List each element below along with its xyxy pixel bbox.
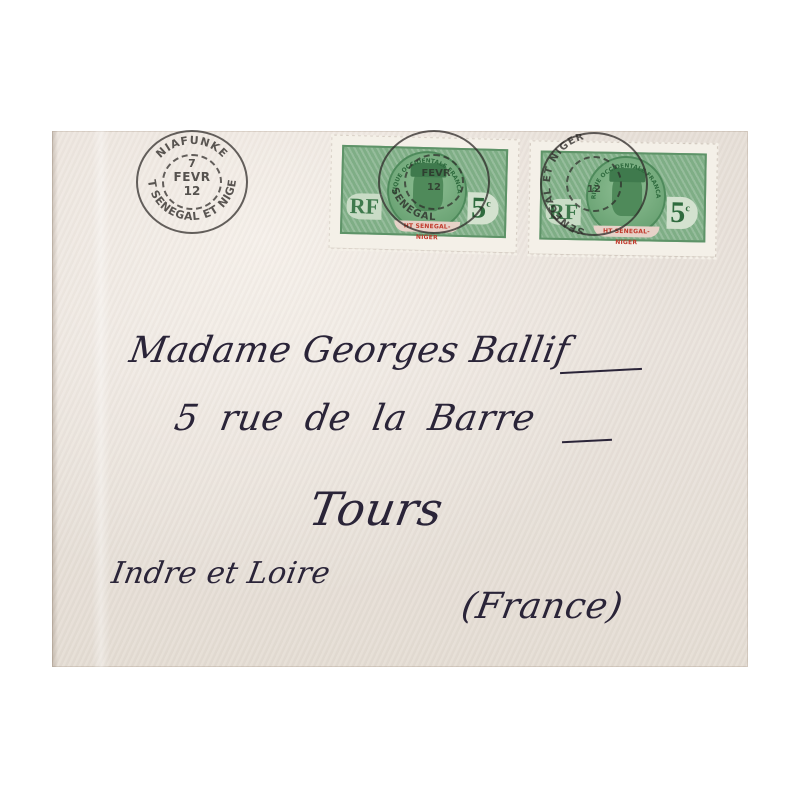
address-street: 5 rue de la Barre [171,398,538,439]
svg-text:FEVR: FEVR [421,168,450,179]
cancellation-text: SENEGAL ET NIGER 12 [542,134,646,234]
address-city: Tours [305,482,447,536]
cancellation-mark: SENEGAL FEVR 12 [378,130,490,234]
svg-text:12: 12 [587,184,601,195]
cancellation-mark: SENEGAL ET NIGER 12 [540,132,648,236]
postmark: NIAFUNKE HT SENEGAL ET NIGER 7 FEVR 12 [136,130,248,234]
stamp-value: 5c [666,197,698,229]
address-recipient: Madame Georges Ballif [126,330,572,371]
svg-text:12: 12 [427,182,441,193]
postmark-year: 12 [138,185,246,197]
stamp-monogram: RF [346,193,382,220]
postmark-month: FEVR [138,171,246,183]
svg-text:SENEGAL ET NIGER: SENEGAL ET NIGER [542,134,586,234]
postmark-day: 7 [138,158,246,169]
cancellation-text: SENEGAL FEVR 12 [380,132,488,232]
address-region: Indre et Loire [109,556,333,591]
address-country: (France) [458,586,626,627]
